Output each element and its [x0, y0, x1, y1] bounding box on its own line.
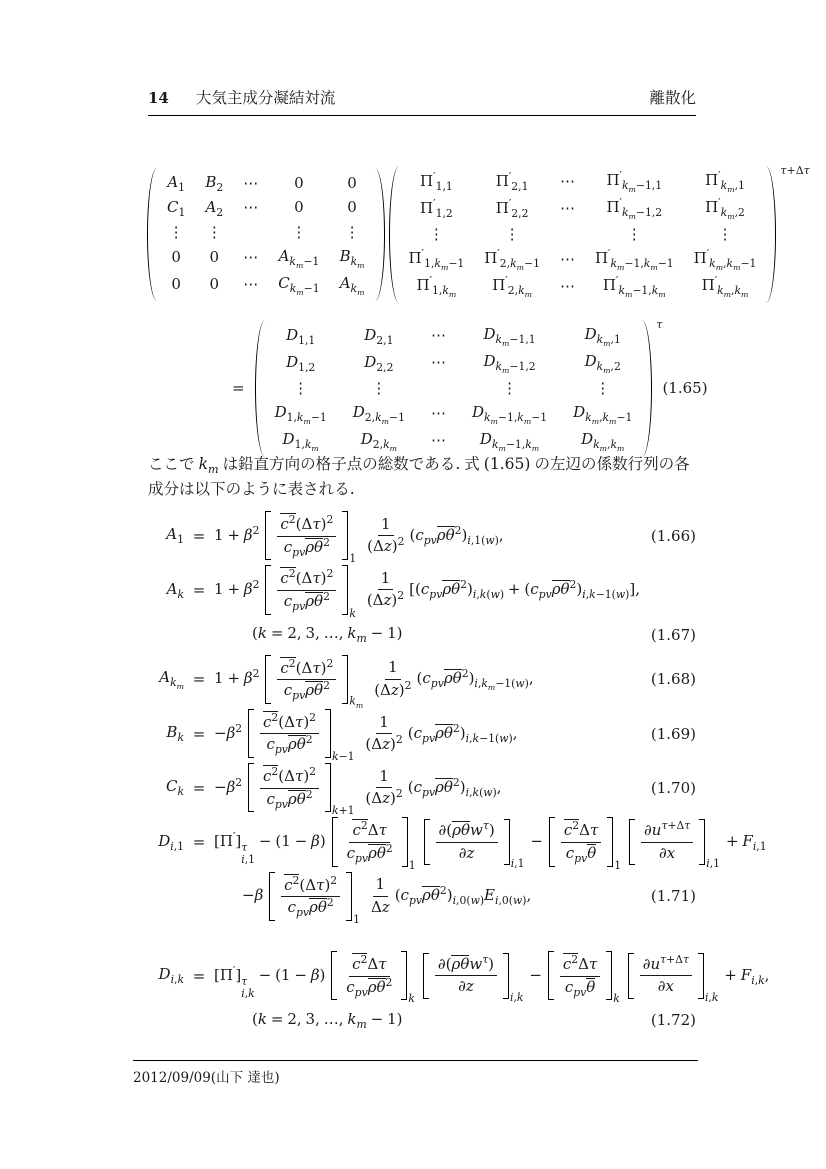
- coefficient-matrix-grid: A1B2⋯00C1A2⋯00⋮⋮⋮⋮00⋯Akm−1Bkm00⋯Ckm−1Akm: [167, 172, 365, 296]
- equation-number: (1.72): [651, 1011, 696, 1029]
- matrix-cell: ⋯: [431, 352, 446, 373]
- equation-relation: =: [184, 581, 214, 599]
- matrix-cell: ⋯: [243, 173, 258, 194]
- d-matrix: D1,1D2,1⋯Dkm−1,1Dkm,1D1,2D2,2⋯Dkm−1,2Dkm…: [255, 320, 653, 457]
- equation-rhs: −β c2(Δτ)2cpvρθ21 1Δz(cpvρθ2)i,0(w)Ei,0(…: [242, 872, 531, 921]
- coefficient-matrix: A1B2⋯00C1A2⋯00⋮⋮⋮⋮00⋯Akm−1Bkm00⋯Ckm−1Akm: [147, 168, 385, 300]
- matrix-cell: Π′km,km−1: [694, 248, 757, 272]
- matrix-cell: ⋮: [345, 222, 360, 243]
- page-footer: 2012/09/09(山下 達也): [133, 1060, 698, 1086]
- right-paren: [642, 320, 652, 457]
- matrix-cell: ⋮: [505, 224, 520, 245]
- matrix-cell: ⋮: [371, 378, 386, 399]
- matrix-cell: D1,1: [286, 325, 315, 347]
- equation-relation: =: [184, 833, 214, 851]
- matrix-cell: 0: [171, 274, 181, 295]
- matrix-cell: ⋮: [293, 378, 308, 399]
- matrix-cell: Dkm,km: [581, 429, 624, 453]
- matrix-cell: D2,km: [361, 429, 397, 453]
- equation-rhs: −β2 c2(Δτ)2cpvρθ2k+1 1(Δz)2(cpvρθ2)i,k(w…: [214, 763, 502, 812]
- matrix-cell: 0: [347, 173, 357, 194]
- matrix-cell: 0: [210, 274, 220, 295]
- right-paren: [766, 166, 776, 303]
- matrix-cell: Ckm−1: [278, 273, 319, 297]
- equation-number: (1.71): [651, 887, 696, 905]
- matrix-cell: ⋯: [431, 325, 446, 346]
- equation-1-69: Bk = −β2 c2(Δτ)2cpvρθ2k−1 1(Δz)2(cpvρθ2)…: [148, 709, 696, 758]
- equation-1-70: Ck = −β2 c2(Δτ)2cpvρθ2k+1 1(Δz)2(cpvρθ2)…: [148, 763, 696, 812]
- matrix-cell: Π′km−1,1: [606, 170, 662, 194]
- matrix-cell: Π′km,2: [705, 197, 745, 221]
- matrix-cell: ⋯: [560, 198, 575, 219]
- equation-relation: =: [184, 725, 214, 743]
- matrix-cell: ⋮: [502, 378, 517, 399]
- matrix-cell: Π′1,km: [417, 275, 457, 299]
- equation-1-72: Di,k = [Π′]τi,k − (1 − β) c2Δτcpvρθ2k ∂(…: [148, 951, 696, 1000]
- matrix-cell: Π′2,1: [496, 171, 529, 193]
- equation-1-72-continuation: (k = 2, 3, …, km − 1) (1.72): [148, 1005, 696, 1035]
- matrix-cell: Π′2,2: [496, 198, 529, 220]
- matrix-cell: Bkm: [340, 246, 365, 270]
- matrix-cell: Dkm−1,km−1: [472, 402, 547, 426]
- matrix-cell: Π′2,km: [492, 275, 532, 299]
- matrix-cell: ⋯: [560, 276, 575, 297]
- equation-1-66: A1 = 1 + β2 c2(Δτ)2cpvρθ21 1(Δz)2(cpvρθ2…: [148, 511, 696, 560]
- equation-rhs: (k = 2, 3, …, km − 1): [252, 624, 403, 645]
- equation-1-71: Di,1 = [Π′]τi,1 − (1 − β) c2Δτcpvρθ21 ∂(…: [148, 817, 696, 866]
- matrix-cell: ⋯: [431, 430, 446, 451]
- matrix-cell: Dkm−1,1: [483, 324, 535, 348]
- equation-lhs: Di,k: [148, 965, 184, 986]
- left-paren: [255, 320, 265, 457]
- right-paren: [375, 168, 385, 300]
- matrix-cell: ⋮: [595, 378, 610, 399]
- equals-sign: =: [232, 379, 245, 397]
- equations-block: A1 = 1 + β2 c2(Δτ)2cpvρθ21 1(Δz)2(cpvρθ2…: [148, 506, 696, 1040]
- matrix-cell: Π′km−1,km−1: [595, 248, 674, 272]
- left-paren: [389, 166, 399, 303]
- equation-rhs: (k = 2, 3, …, km − 1): [252, 1010, 403, 1031]
- matrix-cell: Π′km,1: [705, 170, 745, 194]
- equation-rhs: −β2 c2(Δτ)2cpvρθ2k−1 1(Δz)2(cpvρθ2)i,k−1…: [214, 709, 517, 758]
- matrix-cell: ⋮: [627, 224, 642, 245]
- matrix-cell: 0: [294, 173, 304, 194]
- equation-1-68: Akm = 1 + β2 c2(Δτ)2cpvρθ2km 1(Δz)2(cpvρ…: [148, 655, 696, 704]
- equation-1-67: Ak = 1 + β2 c2(Δτ)2cpvρθ2k 1(Δz)2[(cpvρθ…: [148, 565, 696, 614]
- matrix-cell: C1: [167, 197, 185, 219]
- equation-relation: =: [184, 527, 214, 545]
- footer-date-author: 2012/09/09(山下 達也): [133, 1070, 280, 1086]
- equation-lhs: Ck: [148, 777, 184, 798]
- page-header: 14 大気主成分凝結対流 離散化: [148, 86, 696, 116]
- matrix-cell: Dkm,2: [585, 351, 621, 375]
- matrix-cell: ⋮: [429, 224, 444, 245]
- equation-rhs: [Π′]τi,1 − (1 − β) c2Δτcpvρθ21 ∂(ρθwτ)∂z…: [214, 817, 767, 866]
- display-equation-1-65-line2: = D1,1D2,1⋯Dkm−1,1Dkm,1D1,2D2,2⋯Dkm−1,2D…: [148, 320, 696, 457]
- matrix-cell: Π′km−1,km: [603, 275, 666, 299]
- matrix-superscript-tau: τ: [656, 318, 662, 331]
- matrix-cell: ⋯: [243, 197, 258, 218]
- page-number: 14: [148, 89, 169, 107]
- equation-number: (1.67): [651, 626, 696, 644]
- body-paragraph: ここで km は鉛直方向の格子点の総数である. 式 (1.65) の左辺の係数行…: [148, 452, 700, 502]
- matrix-cell: Π′2,km−1: [484, 248, 540, 272]
- matrix-cell: A1: [167, 172, 185, 194]
- matrix-cell: D2,km−1: [353, 402, 405, 426]
- equation-rhs: 1 + β2 c2(Δτ)2cpvρθ2k 1(Δz)2[(cpvρθ2)i,k…: [214, 565, 640, 614]
- matrix-cell: A2: [205, 197, 223, 219]
- header-section-title-left: 大気主成分凝結対流: [196, 86, 336, 108]
- matrix-cell: Dkm−1,2: [483, 351, 535, 375]
- equation-relation: =: [184, 967, 214, 985]
- matrix-cell: ⋮: [207, 222, 222, 243]
- matrix-cell: Π′1,1: [420, 171, 453, 193]
- equation-number: (1.66): [651, 527, 696, 545]
- matrix-cell: ⋯: [560, 249, 575, 270]
- matrix-cell: Π′1,km−1: [409, 248, 465, 272]
- equation-rhs: [Π′]τi,k − (1 − β) c2Δτcpvρθ2k ∂(ρθwτ)∂z…: [214, 951, 769, 1000]
- matrix-cell: D1,km: [283, 429, 319, 453]
- equation-relation: =: [184, 779, 214, 797]
- equation-1-67-continuation: (k = 2, 3, …, km − 1) (1.67): [148, 620, 696, 650]
- equation-lhs: Ak: [148, 580, 184, 601]
- matrix-cell: ⋯: [431, 403, 446, 424]
- pi-matrix-grid: Π′1,1Π′2,1⋯Π′km−1,1Π′km,1Π′1,2Π′2,2⋯Π′km…: [409, 170, 757, 299]
- matrix-cell: Dkm,1: [585, 324, 621, 348]
- matrix-cell: 0: [294, 197, 304, 218]
- matrix-cell: D2,2: [364, 352, 393, 374]
- equation-rhs: 1 + β2 c2(Δτ)2cpvρθ2km 1(Δz)2(cpvρθ2)i,k…: [214, 655, 534, 704]
- header-section-title-right: 離散化: [649, 86, 696, 108]
- matrix-cell: ⋮: [169, 222, 184, 243]
- matrix-superscript-tau-plus-dtau: τ+Δτ: [780, 164, 809, 177]
- equation-relation: =: [184, 670, 214, 688]
- matrix-cell: Π′1,2: [420, 198, 453, 220]
- matrix-cell: ⋯: [243, 274, 258, 295]
- matrix-cell: ⋯: [560, 171, 575, 192]
- matrix-cell: Dkm−1,km: [480, 429, 539, 453]
- matrix-cell: D1,2: [286, 352, 315, 374]
- equation-number: (1.68): [651, 670, 696, 688]
- left-paren: [147, 168, 157, 300]
- matrix-cell: 0: [171, 247, 181, 268]
- equation-number-1-65: (1.65): [662, 379, 707, 397]
- matrix-cell: ⋮: [291, 222, 306, 243]
- matrix-cell: 0: [210, 247, 220, 268]
- matrix-cell: Π′km,km: [702, 275, 749, 299]
- matrix-cell: 0: [347, 197, 357, 218]
- equation-lhs: A1: [148, 525, 184, 546]
- matrix-cell: D2,1: [364, 325, 393, 347]
- matrix-cell: ⋮: [718, 224, 733, 245]
- d-matrix-grid: D1,1D2,1⋯Dkm−1,1Dkm,1D1,2D2,2⋯Dkm−1,2Dkm…: [275, 324, 633, 453]
- matrix-cell: Akm−1: [279, 246, 320, 270]
- equation-number: (1.69): [651, 725, 696, 743]
- matrix-cell: Π′km−1,2: [606, 197, 662, 221]
- equation-lhs: Akm: [148, 668, 184, 691]
- matrix-cell: Akm: [340, 273, 365, 297]
- equation-lhs: Di,1: [148, 832, 184, 853]
- matrix-cell: ⋯: [243, 247, 258, 268]
- matrix-cell: D1,km−1: [275, 402, 327, 426]
- equation-rhs: 1 + β2 c2(Δτ)2cpvρθ21 1(Δz)2(cpvρθ2)i,1(…: [214, 511, 504, 560]
- equation-number: (1.70): [651, 779, 696, 797]
- equation-1-71-continuation: −β c2(Δτ)2cpvρθ21 1Δz(cpvρθ2)i,0(w)Ei,0(…: [148, 872, 696, 921]
- matrix-cell: Dkm,km−1: [573, 402, 632, 426]
- equation-lhs: Bk: [148, 723, 184, 744]
- pi-matrix: Π′1,1Π′2,1⋯Π′km−1,1Π′km,1Π′1,2Π′2,2⋯Π′km…: [389, 166, 777, 303]
- document-page: 14 大気主成分凝結対流 離散化 A1B2⋯00C1A2⋯00⋮⋮⋮⋮00⋯Ak…: [0, 0, 826, 1169]
- matrix-cell: B2: [205, 172, 223, 194]
- display-equation-1-65-line1: A1B2⋯00C1A2⋯00⋮⋮⋮⋮00⋯Akm−1Bkm00⋯Ckm−1Akm…: [145, 166, 810, 303]
